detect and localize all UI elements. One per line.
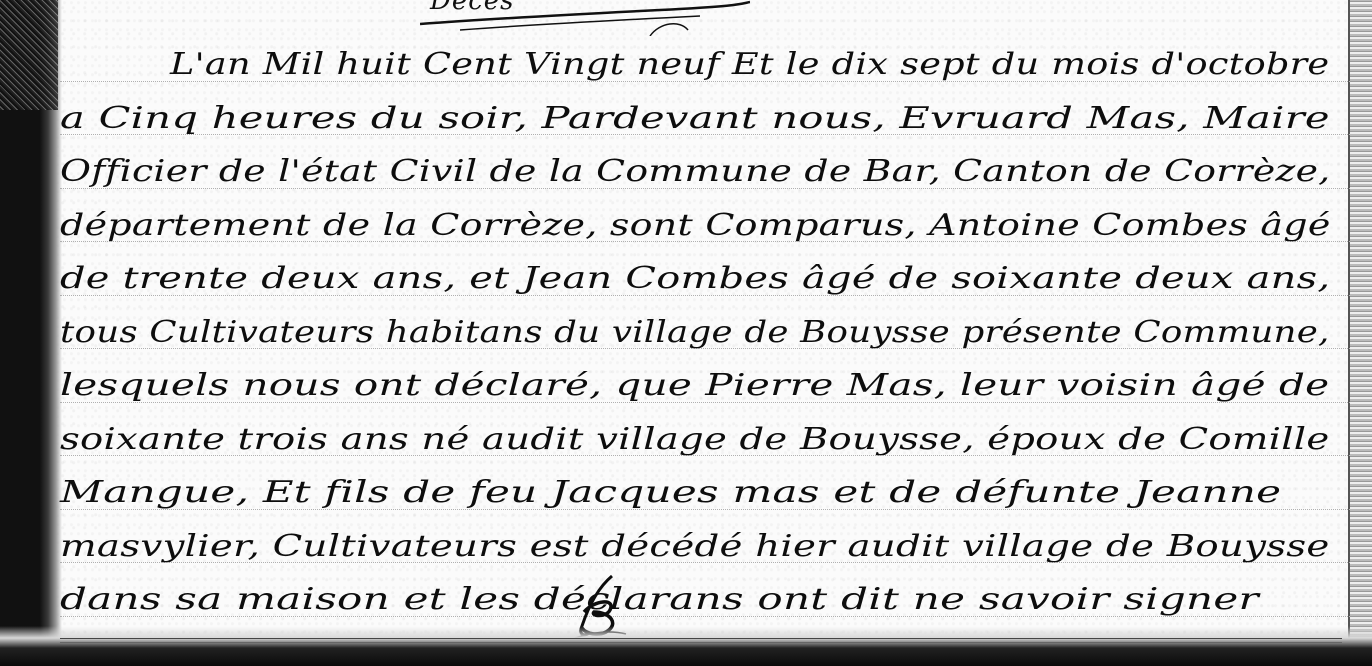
entry-line-5: de trente deux ans, et Jean Combes âgé d… [60,252,1350,306]
entry-line-6: tous Cultivateurs habitans du village de… [60,306,1350,360]
entry-line-7: lesquels nous ont déclaré, que Pierre Ma… [60,359,1350,413]
entry-line-9: Mangue, Et fils de feu Jacques mas et de… [60,466,1350,520]
entry-line-2: a Cinq heures du soir, Pardevant nous, E… [60,92,1350,146]
entry-line-4: département de la Corrèze, sont Comparus… [60,199,1350,253]
entry-line-11: dans sa maison et les déclarans ont dit … [60,573,1350,627]
entry-line-8: soixante trois ans né audit village de B… [60,413,1350,467]
register-entry: L'an Mil huit Cent Vingt neuf Et le dix … [60,38,1350,627]
scan-bottom-border [0,626,1372,666]
scan-left-border [0,0,62,666]
entry-line-1: L'an Mil huit Cent Vingt neuf Et le dix … [60,38,1350,92]
entry-line-10: masvylier, Cultivateurs est décédé hier … [60,520,1350,574]
entry-line-3: Officier de l'état Civil de la Commune d… [60,145,1350,199]
scan-right-border [1348,0,1372,666]
header-fragment: Décès [430,0,515,16]
